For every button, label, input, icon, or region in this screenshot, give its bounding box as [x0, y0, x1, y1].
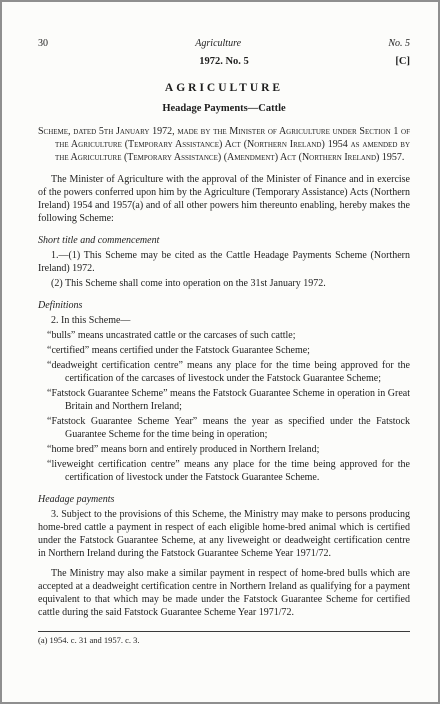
footnote-area: (a) 1954. c. 31 and 1957. c. 3. — [38, 631, 410, 646]
scheme-preamble: Scheme, dated 5th January 1972, made by … — [38, 125, 410, 164]
department-heading: AGRICULTURE — [38, 82, 410, 94]
section-heading-definitions: Definitions — [38, 299, 410, 312]
definition-bulls: “bulls” means uncastrated cattle or the … — [38, 329, 410, 342]
running-title: Agriculture — [195, 38, 241, 49]
section-heading-short-title: Short title and commencement — [38, 234, 410, 247]
running-header: 30 Agriculture No. 5 — [38, 38, 410, 49]
running-number: No. 5 — [388, 38, 410, 49]
definition-liveweight-centre: “liveweight certification centre” means … — [38, 458, 410, 484]
subject-heading: Headage Payments—Cattle — [38, 103, 410, 114]
issue-row: 1972. No. 5 [C] — [38, 56, 410, 67]
document-page: 30 Agriculture No. 5 1972. No. 5 [C] AGR… — [2, 2, 438, 702]
section1-paragraph2: (2) This Scheme shall come into operatio… — [38, 277, 410, 290]
footnote-rule — [38, 631, 410, 632]
chapter-mark: [C] — [395, 56, 410, 67]
enacting-paragraph: The Minister of Agriculture with the app… — [38, 173, 410, 225]
section-heading-headage: Headage payments — [38, 493, 410, 506]
definition-deadweight-centre: “deadweight certification centre” means … — [38, 359, 410, 385]
section3-paragraph2: The Ministry may also make a similar pay… — [38, 567, 410, 619]
definition-home-bred: “home bred” means born and entirely prod… — [38, 443, 410, 456]
definition-fatstock-scheme-year: “Fatstock Guarantee Scheme Year” means t… — [38, 415, 410, 441]
issue-line: 1972. No. 5 — [199, 56, 249, 67]
footnote-text: (a) 1954. c. 31 and 1957. c. 3. — [38, 635, 410, 646]
section1-paragraph1: 1.—(1) This Scheme may be cited as the C… — [38, 249, 410, 275]
section3-paragraph1: 3. Subject to the provisions of this Sch… — [38, 508, 410, 560]
page-number: 30 — [38, 38, 48, 49]
definition-certified: “certified” means certified under the Fa… — [38, 344, 410, 357]
definition-fatstock-scheme: “Fatstock Guarantee Scheme” means the Fa… — [38, 387, 410, 413]
definitions-lead: 2. In this Scheme— — [38, 314, 410, 327]
